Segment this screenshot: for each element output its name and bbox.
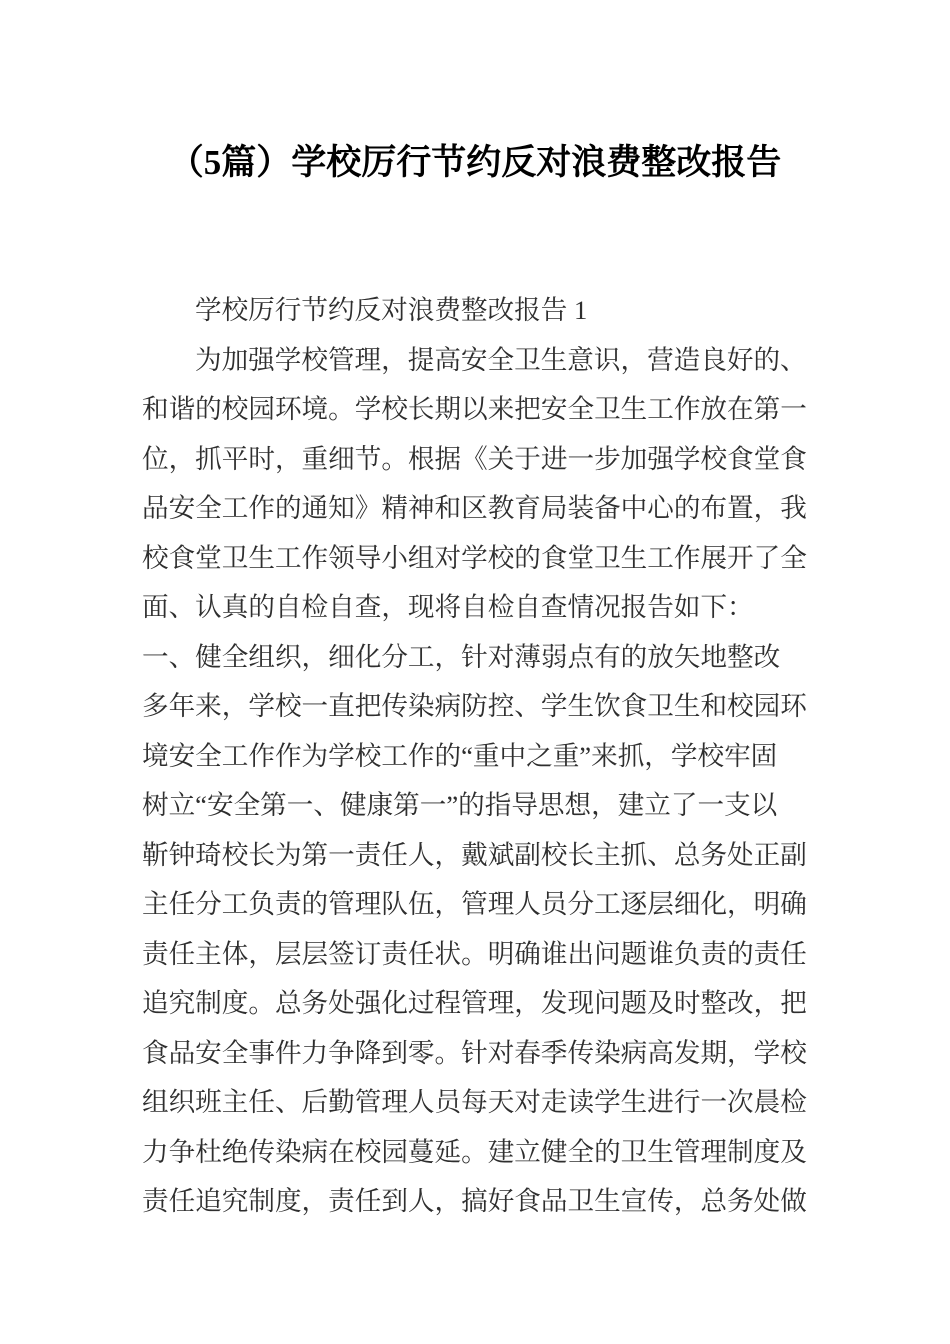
document-body: 学校厉行节约反对浪费整改报告 1 为加强学校管理，提高安全卫生意识，营造良好的、… (142, 286, 822, 1227)
doc-line: 校食堂卫生工作领导小组对学校的食堂卫生工作展开了全 (142, 534, 822, 584)
doc-line: 组织班主任、后勤管理人员每天对走读学生进行一次晨检 (142, 1078, 822, 1128)
doc-line: 为加强学校管理，提高安全卫生意识，营造良好的、 (142, 336, 822, 386)
doc-line: 责任主体，层层签订责任状。明确谁出问题谁负责的责任 (142, 930, 822, 980)
doc-line: 树立“安全第一、健康第一”的指导思想，建立了一支以 (142, 781, 822, 831)
doc-line: 靳钟琦校长为第一责任人，戴斌副校长主抓、总务处正副 (142, 831, 822, 881)
doc-line: 学校厉行节约反对浪费整改报告 1 (142, 286, 822, 336)
doc-line: 位，抓平时，重细节。根据《关于进一步加强学校食堂食 (142, 435, 822, 485)
doc-line: 力争杜绝传染病在校园蔓延。建立健全的卫生管理制度及 (142, 1128, 822, 1178)
doc-line: 和谐的校园环境。学校长期以来把安全卫生工作放在第一 (142, 385, 822, 435)
doc-line: 一、健全组织，细化分工，针对薄弱点有的放矢地整改 (142, 633, 822, 683)
doc-line: 多年来，学校一直把传染病防控、学生饮食卫生和校园环 (142, 682, 822, 732)
doc-line: 境安全工作作为学校工作的“重中之重”来抓，学校牢固 (142, 732, 822, 782)
doc-line: 品安全工作的通知》精神和区教育局装备中心的布置，我 (142, 484, 822, 534)
doc-line: 面、认真的自检自查，现将自检自查情况报告如下： (142, 583, 822, 633)
doc-line: 主任分工负责的管理队伍，管理人员分工逐层细化，明确 (142, 880, 822, 930)
doc-line: 食品安全事件力争降到零。针对春季传染病高发期，学校 (142, 1029, 822, 1079)
document-page: （5篇）学校厉行节约反对浪费整改报告 学校厉行节约反对浪费整改报告 1 为加强学… (0, 0, 950, 1344)
document-title: （5篇）学校厉行节约反对浪费整改报告 (0, 141, 950, 185)
doc-line: 责任追究制度，责任到人，搞好食品卫生宣传，总务处做 (142, 1177, 822, 1227)
doc-line: 追究制度。总务处强化过程管理，发现问题及时整改，把 (142, 979, 822, 1029)
